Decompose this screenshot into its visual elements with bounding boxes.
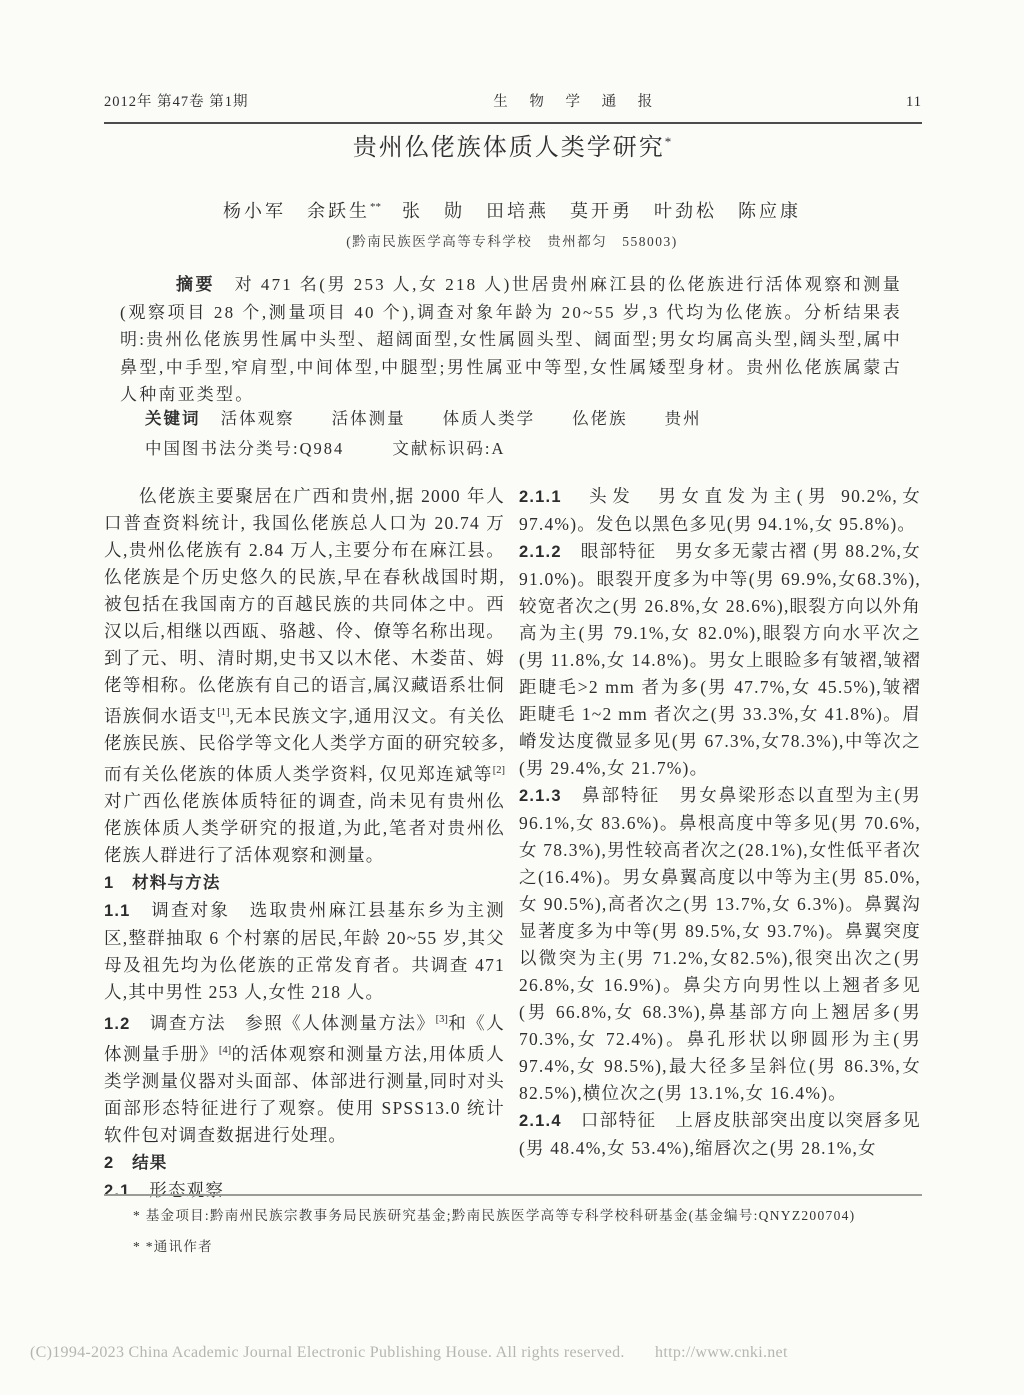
journal-header: 2012年 第47卷 第1期 生 物 学 通 报 11: [104, 90, 922, 124]
footnote-divider: [104, 1194, 922, 1196]
intro-paragraph: 仫佬族主要聚居在广西和贵州,据 2000 年人口普查资料统计, 我国仫佬族总人口…: [104, 483, 505, 869]
classification-line: 中国图书法分类号:Q984 文献标识码:A: [145, 435, 905, 459]
keywords-list: 活体观察 活体测量 体质人类学 仫佬族 贵州: [221, 409, 702, 428]
authors-line: 杨小军 余跃生** 张 勋 田培燕 莫开勇 叶劲松 陈应康: [0, 197, 1024, 223]
paragraph-2-1: 2.1 形态观察: [104, 1177, 505, 1205]
keywords-line: 关键词 活体观察 活体测量 体质人类学 仫佬族 贵州: [145, 405, 905, 429]
paragraph-1-2: 1.2 调查方法 参照《人体测量方法》[3]和《人体测量手册》[4]的活体观察和…: [104, 1006, 505, 1150]
copyright-footer: (C)1994-2023 China Academic Journal Elec…: [30, 1344, 1010, 1362]
journal-issue: 2012年 第47卷 第1期: [104, 90, 249, 111]
keywords-label: 关键词: [145, 409, 201, 428]
copyright-text: (C)1994-2023 China Academic Journal Elec…: [30, 1344, 625, 1361]
document-code: 文献标识码:A: [392, 439, 505, 458]
clc-number: 中国图书法分类号:Q984: [145, 439, 344, 458]
abstract-paragraph: 摘要 对 471 名(男 253 人,女 218 人)世居贵州麻江县的仫佬族进行…: [120, 271, 902, 409]
scanned-paper-page: 2012年 第47卷 第1期 生 物 学 通 报 11 贵州仫佬族体质人类学研究…: [0, 0, 1024, 1395]
paragraph-1-1: 1.1 调查对象 选取贵州麻江县基东乡为主测区,整群抽取 6 个村寨的居民,年龄…: [104, 897, 505, 1006]
right-column: 2.1.1 头发 男女直发为主(男 90.2%,女97.4%)。发色以黑色多见(…: [519, 483, 921, 1162]
paragraph-2-1-3: 2.1.3 鼻部特征 男女鼻梁形态以直型为主(男 96.1%,女 83.6%)。…: [519, 782, 921, 1107]
footer-url: http://www.cnki.net: [655, 1344, 788, 1361]
left-column: 仫佬族主要聚居在广西和贵州,据 2000 年人口普查资料统计, 我国仫佬族总人口…: [104, 483, 505, 1205]
paragraph-2-1-1: 2.1.1 头发 男女直发为主(男 90.2%,女97.4%)。发色以黑色多见(…: [519, 483, 921, 538]
journal-name: 生 物 学 通 报: [493, 90, 661, 111]
article-title: 贵州仫佬族体质人类学研究*: [0, 127, 1024, 162]
affiliation-line: (黔南民族医学高等专科学校 贵州都匀 558003): [0, 230, 1024, 250]
paragraph-2-1-2: 2.1.2 眼部特征 男女多无蒙古褶 (男 88.2%,女91.0%)。眼裂开度…: [519, 538, 921, 782]
footnote-corresponding-author: * *通讯作者: [133, 1235, 913, 1255]
section-heading-1: 1 材料与方法: [104, 869, 505, 897]
footnote-funding: * 基金项目:黔南州民族宗教事务局民族研究基金;黔南民族医学高等专科学校科研基金…: [133, 1204, 913, 1224]
section-heading-2: 2 结果: [104, 1149, 505, 1177]
header-page-number: 11: [906, 94, 922, 111]
paragraph-2-1-4: 2.1.4 口部特征 上唇皮肤部突出度以突唇多见(男 48.4%,女 53.4%…: [519, 1107, 921, 1162]
